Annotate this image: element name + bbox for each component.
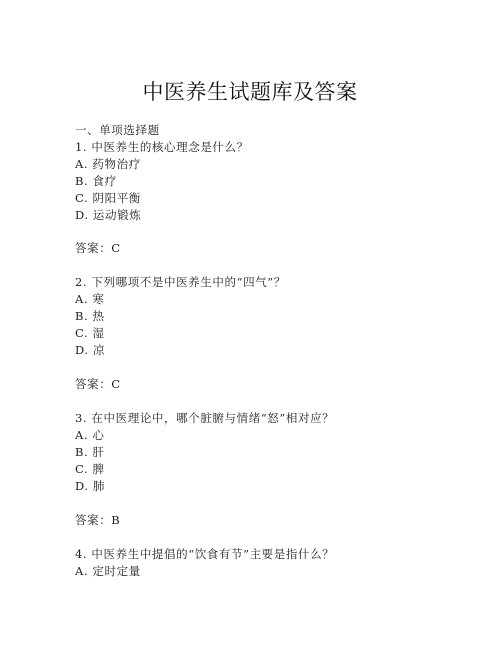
- document-title: 中医养生试题库及答案: [0, 76, 500, 106]
- q2-answer: 答案：C: [75, 376, 121, 393]
- q2-option-d: D. 凉: [75, 342, 105, 359]
- question-3: 3. 在中医理论中，哪个脏腑与情绪“怒”相对应？: [75, 410, 334, 427]
- q3-option-d: D. 肺: [75, 478, 105, 495]
- q1-answer: 答案：C: [75, 240, 121, 257]
- q3-option-a: A. 心: [75, 427, 105, 444]
- q2-option-c: C. 湿: [75, 325, 105, 342]
- q3-option-b: B. 肝: [75, 444, 105, 461]
- section-heading: 一、单项选择题: [75, 122, 160, 139]
- q2-option-a: A. 寒: [75, 291, 105, 308]
- q1-option-a: A. 药物治疗: [75, 156, 141, 173]
- q4-option-a: A. 定时定量: [75, 563, 141, 580]
- q1-option-c: C. 阴阳平衡: [75, 190, 141, 207]
- q3-answer: 答案：B: [75, 512, 120, 529]
- question-4: 4. 中医养生中提倡的“饮食有节”主要是指什么？: [75, 546, 334, 563]
- q3-option-c: C. 脾: [75, 461, 105, 478]
- document-page: 中医养生试题库及答案 一、单项选择题 1. 中医养生的核心理念是什么？ A. 药…: [0, 0, 500, 647]
- question-1: 1. 中医养生的核心理念是什么？: [75, 139, 249, 156]
- question-2: 2. 下列哪项不是中医养生中的“四气”？: [75, 274, 286, 291]
- q1-option-d: D. 运动锻炼: [75, 207, 141, 224]
- q1-option-b: B. 食疗: [75, 173, 117, 190]
- q2-option-b: B. 热: [75, 308, 105, 325]
